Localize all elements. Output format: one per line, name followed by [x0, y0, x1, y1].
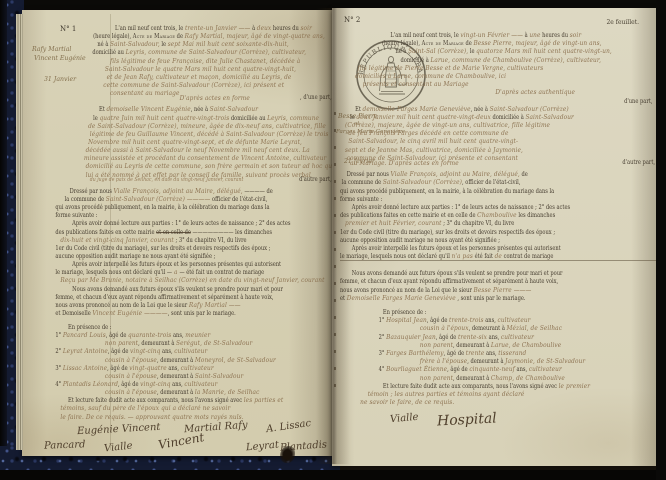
register-line: L'an mil neuf cent trois, le trente-un J… [115, 21, 334, 29]
register-line: cousin à l'épouse, demeurant à Moneyrol,… [105, 353, 334, 361]
register-line: aucune opposition audit mariage ne nous … [340, 233, 658, 241]
register-line: témoins, sauf du père de l'époux qui a d… [60, 401, 334, 409]
register-line: (heure légale), Acte de Mariage de Besse… [382, 36, 658, 44]
register-line: le mariage, lesquels nous ont déclaré qu… [340, 249, 658, 257]
printed-text: d'une part, [624, 98, 652, 105]
register-line: qui avons procédé publiquement, en la ma… [340, 184, 658, 192]
folio-label: 2e feuillet. [606, 19, 639, 26]
register-line: Et lecture faite dudit acte aux comparan… [68, 393, 334, 401]
register-line: et Demoiselle Vincent Eugénie ————, sont… [55, 306, 334, 314]
printed-text: contrat de mariage [502, 253, 553, 260]
register-line: domicilié à Larue, commune de Chambouliv… [400, 53, 657, 61]
register-line: Saint-Salvadour, le cinq avril mil huit … [348, 134, 657, 142]
register-line: (heure légale), Acte de Mariage de Rafy … [93, 29, 334, 37]
handwritten-text: présents et consentant au Mariage [363, 80, 469, 88]
register-line: de feu François Farges décédé en cette c… [348, 126, 657, 134]
signature: A. Lissac [265, 418, 311, 435]
printed-text: et Demoiselle [55, 310, 92, 317]
printed-text: d'autre part, [622, 159, 655, 167]
register-line: le mariage, lesquels nous ont déclaré qu… [55, 265, 334, 273]
register-line: et de Jean Rafy, cultivateur et maçon, d… [107, 70, 335, 78]
register-line: des publications faites en cette mairie … [55, 225, 334, 233]
handwritten-text: du juge de paix de Seilhac, en date du v… [90, 176, 243, 184]
register-line: L'an mil neuf cent trois, le vingt-un Fé… [390, 28, 657, 36]
register-line: nous avons prononcé au nom de la Loi que… [340, 283, 658, 291]
register-line: D'après actes en forme, d'une part, [180, 94, 335, 102]
register-line: 1° Hospital Jean, âgé de trente-trois an… [379, 313, 658, 321]
handwritten-text: Vincent Eugénie ———— [92, 309, 167, 317]
register-line: 4° Bourliaguet Étienne, âgé de cinquante… [379, 362, 658, 370]
register-line: femme, et chacun d'eux ayant répondu aff… [340, 274, 658, 282]
register-line: le faire. De ce requis. — approuvant qua… [60, 410, 334, 418]
printed-text: 4° [55, 381, 62, 388]
handwritten-text: Demoiselle Farges Marie Geneviève [347, 294, 456, 302]
register-line: le quatre Juin mil huit cent quatre-ving… [93, 111, 334, 119]
register-line: Nous avons demandé aux futurs époux s'il… [352, 266, 658, 274]
register-line: aucune opposition audit mariage ne nous … [55, 249, 334, 257]
register-line: Dressé par nous Vialle François, adjoint… [70, 184, 335, 192]
register-line: Novembre mil huit cent quatre-vingt-sept… [88, 135, 334, 143]
handwritten-text: le premier [559, 382, 591, 390]
signature: Pancard [44, 439, 86, 451]
handwritten-text: au Mariage. D'après actes en forme [350, 159, 459, 167]
printed-text: 3° [379, 350, 386, 357]
printed-text: le mariage, lesquels nous ont déclaré qu… [340, 253, 452, 260]
register-line: non parent, demeurant à Serégut, de St-S… [105, 336, 334, 344]
register-line: Après avoir donné lecture aux parties : … [72, 216, 334, 224]
register-line: non parent, demeurant à Champ, de Chambo… [420, 371, 658, 379]
scan-background-bottom [0, 470, 666, 480]
register-line: Et demoiselle Farges Marie Geneviève, né… [355, 102, 657, 110]
scanned-marriage-register-spread: N° 1 Rafy Martial Vincent Eugénie 31 Jan… [0, 0, 666, 480]
register-line: 1er du Code civil (titre du mariage), su… [340, 225, 658, 233]
register-line: cousin à l'épouse, demeurant à la Manrie… [105, 385, 334, 393]
register-line: cousin à l'épouse, demeurant à Saint-Sal… [105, 369, 334, 377]
register-line: D'après actes authentique [495, 85, 657, 93]
register-line: (Corrèze), majeure, âgée de vingt-un ans… [345, 118, 657, 126]
handwritten-text: consentant au mariage [110, 89, 180, 97]
act-number-right: N° 2 [344, 16, 360, 24]
register-line: Dressé par nous Vialle François, adjoint… [347, 167, 658, 175]
printed-text: , sont unis par le mariage. [456, 295, 526, 302]
handwritten-text: ne savoir le faire, de ce requis. [360, 398, 454, 406]
printed-text: d'autre part, [299, 176, 332, 184]
handwritten-text: le faire. De ce requis. — approuvant qua… [60, 413, 243, 421]
book-spine [0, 0, 7, 480]
register-line: des publications faites en cette mairie … [340, 208, 658, 216]
register-line: la commune de Saint-Salvadour (Corrèze),… [342, 175, 658, 183]
register-line: femme, et chacun d'eux ayant répondu aff… [55, 290, 334, 298]
register-line: de Saint-Salvadour (Corrèze), mineure, â… [88, 119, 334, 127]
register-line: 3° Lissac Antoine, âgé de vingt-quatre a… [55, 361, 334, 369]
handwritten-text: Pancard Louis [63, 331, 106, 339]
handwritten-text: D'après actes en forme [180, 94, 250, 102]
register-line: premier et huit Février, courant ; 3° du… [345, 216, 657, 224]
printed-text: été fait [473, 253, 495, 260]
register-page-right: N° 2 2e feuillet. RÉPUBLIQUE · FRANÇAISE… [332, 8, 657, 466]
register-line: cousin à l'époux, demeurant à Mézial, de… [420, 321, 658, 329]
register-line: 1° Pancard Louis, âgé de quarante-trois … [55, 328, 334, 336]
register-line: 4° Plantadis Léonard, âgé de vingt-cinq … [55, 377, 334, 385]
register-line: la commune de Saint-Salvadour (Corrèze) … [65, 192, 335, 200]
register-line: Et demoiselle Vincent Eugénie, née à Sai… [99, 102, 334, 110]
register-line: qui avons procédé publiquement, en la ma… [55, 200, 334, 208]
printed-text: 2° [55, 348, 62, 355]
register-line: domicilié au Leyris, commune de Saint-Sa… [92, 45, 334, 53]
register-line: non parent, demeurant à Larue, de Chambo… [420, 338, 658, 346]
register-line: 2° Leyrat Antoine, âgé de vingt-cinq ans… [55, 344, 334, 352]
handwritten-text: les parties et [244, 396, 284, 404]
register-line: frère à l'épouse, demeurant à Jaymonie, … [420, 354, 658, 362]
register-line: et Demoiselle Farges Marie Geneviève , s… [340, 291, 658, 299]
handwritten-text: D'après actes authentique [495, 88, 575, 96]
register-line: mineure assistée et procédant du consent… [84, 151, 334, 159]
handwritten-text: Lissac Antoine [63, 364, 107, 372]
printed-text: de [520, 171, 528, 178]
register-line: né à Saint-Sal (Corrèze), le quatorze Ma… [395, 44, 657, 52]
printed-text: et [340, 295, 347, 302]
printed-text: 1° [55, 332, 62, 339]
register-line: nous avons prononcé au nom de la Loi que… [55, 298, 334, 306]
printed-text: 1° [379, 317, 386, 324]
signature: Vialle [390, 412, 419, 425]
scan-background-right [656, 0, 666, 480]
signature: Vialle [104, 441, 134, 455]
printed-text: 3° [55, 365, 62, 372]
binding-stitches [334, 98, 336, 398]
register-line: Et lecture faite dudit acte aux comparan… [383, 379, 658, 387]
register-line: fils légitime de Pierre Besse et de Mari… [358, 61, 658, 69]
register-line: 1er du Code civil (titre du mariage), su… [55, 241, 334, 249]
register-line: Après avoir donné lecture aux parties : … [352, 200, 658, 208]
register-line: lui a été nommé à cet effet par le conse… [86, 168, 335, 176]
stacked-page-edges [16, 14, 23, 450]
register-line: le deux Janvier mil huit cent quatre-vin… [350, 110, 657, 118]
register-line: Après avoir interpellé les futurs époux … [72, 257, 334, 265]
printed-text: 4° [379, 366, 386, 373]
register-page-left: N° 1 Rafy Martial Vincent Eugénie 31 Jan… [22, 10, 332, 456]
register-line: domicilié au Leyris de cette commune, so… [86, 159, 335, 167]
register-line: 2° Bazauquier Jean, âgé de trente-six an… [379, 330, 658, 338]
register-line: sept et de Jeanne Mas, cultivatrice, dom… [345, 143, 657, 151]
register-line: En présence de : [383, 305, 658, 313]
register-line: présents et consentant au Mariage [363, 77, 658, 85]
register-line: Après avoir interpellé les futurs époux … [352, 241, 658, 249]
printed-text: les dimanches [517, 212, 555, 219]
register-line: cette commune de Saint-Salvadour (Corrèz… [103, 78, 334, 86]
register-line: décédée aussi à Saint-Salvadour le neuf … [86, 143, 335, 151]
register-line: Reçu par Me Brunie, notaire à Seilhac (C… [60, 273, 334, 281]
printed-text: , sont unis par le mariage. [168, 310, 236, 317]
handwritten-text: de [495, 252, 502, 260]
handwritten-text: n'a pas [452, 252, 473, 260]
signature: Leyrat [246, 440, 280, 454]
printed-text: , d'une part, [300, 94, 332, 102]
register-line: témoin ; les autres parties et témoins a… [368, 387, 658, 395]
signature: Hospital [437, 410, 497, 429]
register-line: dix-huit et vingt-cinq Janvier, courant … [60, 233, 334, 241]
register-line: commune de Saint-Salvadour, ici présente… [347, 151, 658, 159]
register-line: 3° Farges Barthélemy, âgé de trente ans,… [379, 346, 658, 354]
signature: Eugénie Vincent [77, 422, 161, 437]
register-line: En présence de : [68, 320, 334, 328]
act-text-right: L'an mil neuf cent trois, le vingt-un Fé… [340, 28, 658, 403]
signature: Martial Rafy [184, 420, 248, 435]
printed-text: 2° [379, 334, 386, 341]
register-line: légitime de feu Guillaume Vincent, décéd… [90, 127, 334, 135]
handwritten-text: Leyrat Antoine [63, 347, 108, 355]
act-text-left: L'an mil neuf cent trois, le trente-un J… [52, 21, 334, 418]
